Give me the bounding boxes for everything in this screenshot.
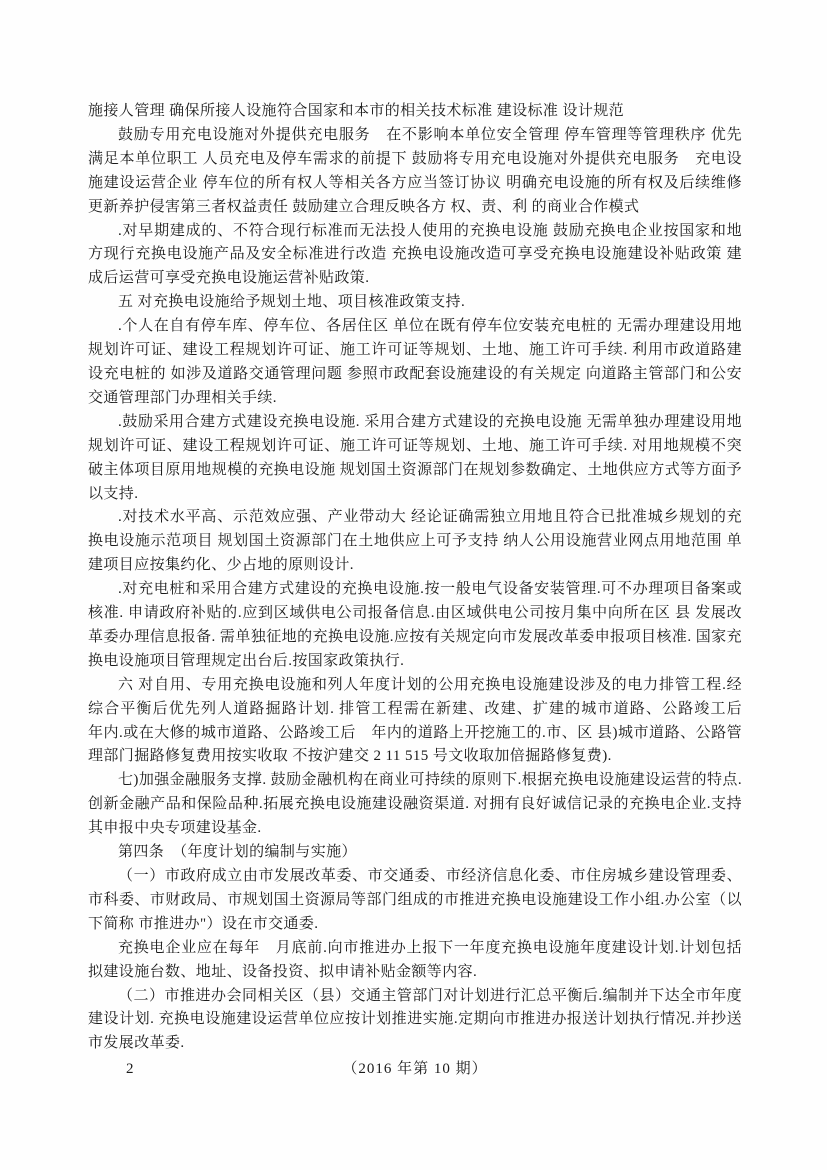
paragraph: .对早期建成的、不符合现行标准而无法投人使用的充换电设施 鼓励充换电企业按国家和… (88, 220, 742, 292)
document-body: 施接人管理 确保所接人设施符合国家和本市的相关技术标准 建设标准 设计规范 鼓励… (88, 100, 742, 1056)
paragraph: 五 对充换电设施给予规划土地、项目核准政策支持. (88, 291, 742, 315)
paragraph: .鼓励采用合建方式建设充换电设施. 采用合建方式建设的充换电设施 无需单独办理建… (88, 411, 742, 507)
issue-label: （2016 年第 10 期） (88, 1057, 742, 1081)
paragraph: 鼓励专用充电设施对外提供充电服务 在不影响本单位安全管理 停车管理等管理秩序 优… (88, 124, 742, 220)
paragraph: .个人在自有停车库、停车位、各居住区 单位在既有停车位安装充电桩的 无需办理建设… (88, 315, 742, 411)
paragraph: 六 对自用、专用充换电设施和列人年度计划的公用充换电设施建设涉及的电力排管工程.… (88, 674, 742, 770)
paragraph: 施接人管理 确保所接人设施符合国家和本市的相关技术标准 建设标准 设计规范 (88, 100, 742, 124)
page-footer: 2 （2016 年第 10 期） (88, 1057, 742, 1081)
paragraph: （二）市推进办会同相关区（县）交通主管部门对计划进行汇总平衡后.编制并下达全市年… (88, 985, 742, 1057)
paragraph: 充换电企业应在每年 月底前.向市推进办上报下一年度充换电设施年度建设计划.计划包… (88, 937, 742, 985)
document-page: 施接人管理 确保所接人设施符合国家和本市的相关技术标准 建设标准 设计规范 鼓励… (0, 0, 827, 1170)
paragraph: .对充电桩和采用合建方式建设的充换电设施.按一般电气设备安装管理.可不办理项目备… (88, 578, 742, 674)
paragraph: 第四条 （年度计划的编制与实施） (88, 841, 742, 865)
paragraph: （一）市政府成立由市发展改革委、市交通委、市经济信息化委、市住房城乡建设管理委、… (88, 865, 742, 937)
paragraph: .对技术水平高、示范效应强、产业带动大 经论证确需独立用地且符合已批准城乡规划的… (88, 506, 742, 578)
paragraph: 七)加强金融服务支撑. 鼓励金融机构在商业可持续的原则下.根据充换电设施建设运营… (88, 769, 742, 841)
